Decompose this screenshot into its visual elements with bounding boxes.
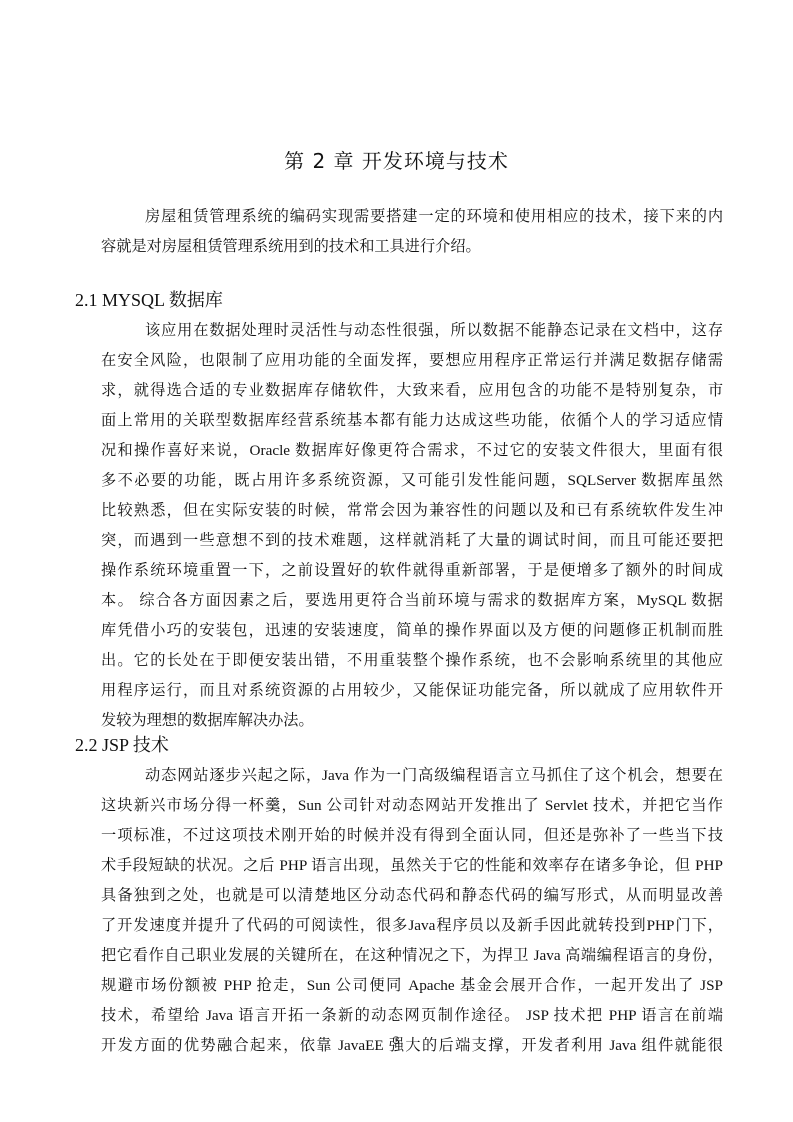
jsp-paragraph: 动态网站逐步兴起之际，Java 作为一门高级编程语言立马抓住了这个机会，想要在 … xyxy=(101,761,723,1061)
text-line: 本。 综合各方面因素之后，要选用更符合当前环境与需求的数据库方案，MySQL 数… xyxy=(101,586,723,616)
text-line: 出。它的长处在于即便安装出错，不用重装整个操作系统，也不会影响系统里的其他应 xyxy=(101,646,723,676)
text-line: 突，而遇到一些意想不到的技术难题，这样就消耗了大量的调试时间，而且可能还要把 xyxy=(101,526,723,556)
text-line: 房屋租赁管理系统的编码实现需要搭建一定的环境和使用相应的技术，接下来的内 xyxy=(101,202,723,232)
page-number: 3 xyxy=(0,1033,793,1048)
text-line: 用程序运行，而且对系统资源的占用较少，又能保证功能完备，所以就成了应用软件开 xyxy=(101,676,723,706)
text-line: 发较为理想的数据库解决办法。 xyxy=(101,706,723,736)
text-line: 操作系统环境重置一下，之前设置好的软件就得重新部署，于是便增多了额外的时间成 xyxy=(101,556,723,586)
text-line: 库凭借小巧的安装包，迅速的安装速度，简单的操作界面以及方便的问题修正机制而胜 xyxy=(101,616,723,646)
mysql-paragraph: 该应用在数据处理时灵活性与动态性很强，所以数据不能静态记录在文档中，这存 在安全… xyxy=(101,316,723,736)
text-line: 了开发速度并提升了代码的可阅读性，很多Java程序员以及新手因此就转投到PHP门… xyxy=(101,911,723,941)
section-heading-mysql: 2.1 MYSQL 数据库 xyxy=(75,287,223,313)
text-line: 这块新兴市场分得一杯羹，Sun 公司针对动态网站开发推出了 Servlet 技术… xyxy=(101,791,723,821)
text-line: 具备独到之处，也就是可以清楚地区分动态代码和静态代码的编写形式，从而明显改善 xyxy=(101,881,723,911)
text-line: 多不必要的功能，既占用许多系统资源，又可能引发性能问题，SQLServer 数据… xyxy=(101,466,723,496)
text-line: 规避市场份额被 PHP 抢走，Sun 公司便同 Apache 基金会展开合作，一… xyxy=(101,971,723,1001)
text-line: 容就是对房屋租赁管理系统用到的技术和工具进行介绍。 xyxy=(101,232,723,262)
text-line: 况和操作喜好来说，Oracle 数据库好像更符合需求，不过它的安装文件很大，里面… xyxy=(101,436,723,466)
text-line: 动态网站逐步兴起之际，Java 作为一门高级编程语言立马抓住了这个机会，想要在 xyxy=(101,761,723,791)
document-page: 第 2 章 开发环境与技术 房屋租赁管理系统的编码实现需要搭建一定的环境和使用相… xyxy=(0,0,793,1122)
intro-paragraph: 房屋租赁管理系统的编码实现需要搭建一定的环境和使用相应的技术，接下来的内 容就是… xyxy=(101,202,723,262)
text-line: 术手段短缺的状况。之后 PHP 语言出现，虽然关于它的性能和效率存在诸多争论，但… xyxy=(101,851,723,881)
section-heading-jsp: 2.2 JSP 技术 xyxy=(75,732,169,758)
text-line: 在安全风险，也限制了应用功能的全面发挥，要想应用程序正常运行并满足数据存储需 xyxy=(101,346,723,376)
text-line: 比较熟悉，但在实际安装的时候，常常会因为兼容性的问题以及和已有系统软件发生冲 xyxy=(101,496,723,526)
text-line: 技术，希望给 Java 语言开拓一条新的动态网页制作途径。 JSP 技术把 PH… xyxy=(101,1001,723,1031)
text-line: 一项标准，不过这项技术刚开始的时候并没有得到全面认同，但还是弥补了一些当下技 xyxy=(101,821,723,851)
text-line: 该应用在数据处理时灵活性与动态性很强，所以数据不能静态记录在文档中，这存 xyxy=(101,316,723,346)
text-line: 求，就得选合适的专业数据库存储软件，大致来看，应用包含的功能不是特别复杂，市 xyxy=(101,376,723,406)
text-line: 把它看作自己职业发展的关键所在，在这种情况之下，为捍卫 Java 高端编程语言的… xyxy=(101,941,723,971)
chapter-title: 第 2 章 开发环境与技术 xyxy=(0,147,793,175)
text-line: 面上常用的关联型数据库经营系统基本都有能力达成这些功能，依循个人的学习适应情 xyxy=(101,406,723,436)
